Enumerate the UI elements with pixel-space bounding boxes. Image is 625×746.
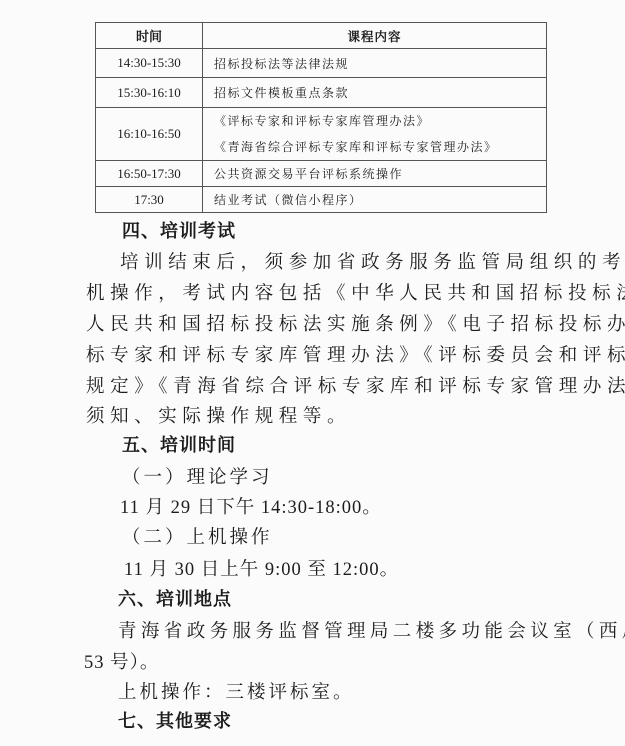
row-content: 招标投标法等法律法规 [203,49,547,78]
row-content-line: 《评标专家和评标专家库管理办法》 [214,108,546,134]
document-page: 时间 课程内容 14:30-15:30 招标投标法等法律法规 15:30-16:… [0,0,625,746]
paragraph-line: 人民共和国招标投标法实施条例》《电子招标投标办法》《评 [86,313,625,337]
row-content: 《评标专家和评标专家库管理办法》 《青海省综合评标专家库和评标专家管理办法》 [203,108,547,161]
paragraph-line: 规定》《青海省综合评标专家库和评标专家管理办法》、入库 [86,375,625,399]
subheading-practice: （二）上机操作 [122,526,273,550]
section-heading-time: 五、培训时间 [122,434,236,458]
table-row: 14:30-15:30 招标投标法等法律法规 [96,49,547,78]
paragraph-line: 须知、实际操作规程等。 [86,405,351,429]
table-row: 15:30-16:10 招标文件模板重点条款 [96,78,547,108]
paragraph-line: 机操作，考试内容包括《中华人民共和国招标投标法》《中华 [86,282,625,306]
header-content: 课程内容 [203,23,547,49]
row-time: 14:30-15:30 [96,49,203,78]
header-time: 时间 [96,23,203,49]
table-row: 16:10-16:50 《评标专家和评标专家库管理办法》 《青海省综合评标专家库… [96,108,547,161]
paragraph-line: 标专家和评标专家库管理办法》《评标委员会和评标办法暂行 [86,344,625,368]
table-row: 17:30 结业考试（微信小程序） [96,187,547,213]
theory-time: 11 月 29 日下午 14:30-18:00。 [120,496,382,520]
practice-time: 11 月 30 日上午 9:00 至 12:00。 [124,558,399,582]
section-heading-location: 六、培训地点 [118,588,232,612]
row-time: 15:30-16:10 [96,78,203,108]
row-time: 16:50-17:30 [96,161,203,187]
table-row: 16:50-17:30 公共资源交易平台评标系统操作 [96,161,547,187]
table-header-row: 时间 课程内容 [96,23,547,49]
row-time: 17:30 [96,187,203,213]
practice-location: 上机操作：三楼评标室。 [118,681,355,705]
row-content: 招标文件模板重点条款 [203,78,547,108]
row-content: 公共资源交易平台评标系统操作 [203,161,547,187]
subheading-theory: （一）理论学习 [122,466,273,490]
row-content: 结业考试（微信小程序） [203,187,547,213]
section-heading-exam: 四、培训考试 [122,220,236,244]
paragraph-line: 53 号）。 [84,651,159,675]
row-content-line: 《青海省综合评标专家库和评标专家管理办法》 [214,134,546,160]
course-schedule-table: 时间 课程内容 14:30-15:30 招标投标法等法律法规 15:30-16:… [95,22,547,213]
paragraph-line: 青海省政务服务监督管理局二楼多功能会议室（西川南路 [118,620,625,644]
paragraph-line: 培训结束后，须参加省政务服务监管局组织的考试以及上 [120,251,625,275]
row-time: 16:10-16:50 [96,108,203,161]
section-heading-other: 七、其他要求 [118,710,232,734]
